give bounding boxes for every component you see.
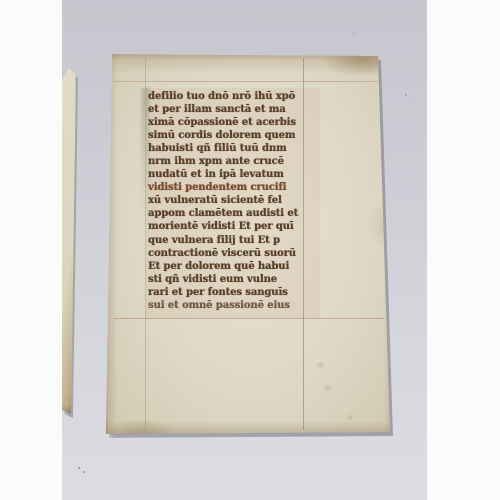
manuscript-text-line: que vulnera filij tui Et p <box>148 234 324 247</box>
ruling-line-bottom <box>114 318 384 319</box>
stain-spot <box>318 363 323 367</box>
manuscript-text-line: Et per dolorem quē habui <box>148 260 324 273</box>
manuscript-text-line: simū cordis dolorem quem <box>148 129 324 142</box>
manuscript-text-line: nudatū et in ipā levatum <box>148 168 324 181</box>
manuscript-text-line: habuisti qñ filiū tuū dnm <box>148 142 324 155</box>
manuscript-text-line: sti qñ vidisti eum vulne <box>148 273 324 286</box>
manuscript-text-line: et per illam sanctā et ma <box>148 103 324 116</box>
dust-speck <box>405 94 407 96</box>
manuscript-text-line: xū vulneratū sicientē fel <box>148 194 324 207</box>
manuscript-text-line: rari et per fontes sanguīs <box>148 286 324 299</box>
dust-speck <box>412 99 413 100</box>
manuscript-leaf: defilio tuo dnō nrō ihū xpō et per illam… <box>106 52 398 436</box>
dust-speck <box>353 33 355 35</box>
stain-spot <box>348 416 352 419</box>
manuscript-text-line: appom clamētem audisti et <box>148 207 324 220</box>
manuscript-text-line: ximā cōpassionē et acerbis <box>148 116 324 129</box>
manuscript-leaf-box: defilio tuo dnō nrō ihū xpō et per illam… <box>106 52 398 436</box>
auction-photo: defilio tuo dnō nrō ihū xpō et per illam… <box>62 0 427 500</box>
manuscript-text-line: nrm ihm xpm ante crucē <box>148 155 324 168</box>
manuscript-text: defilio tuo dnō nrō ihū xpō et per illam… <box>148 90 324 312</box>
manuscript-text-line: vidisti pendentem crucifi <box>148 181 324 194</box>
manuscript-text-line: contractionē viscerū suorū <box>148 247 324 260</box>
manuscript-text-line: morientē vidisti Et per quī <box>148 220 324 233</box>
dust-speck <box>83 471 85 473</box>
ruling-line-top <box>114 81 382 82</box>
page-surround: { "manuscript": { "text_lines": [ "defil… <box>0 0 500 500</box>
dust-speck <box>78 467 80 469</box>
manuscript-text-line: defilio tuo dnō nrō ihū xpō <box>148 90 324 103</box>
stain-spot <box>325 386 330 390</box>
manuscript-text-line: sui et omnē passionē eius <box>148 299 324 312</box>
